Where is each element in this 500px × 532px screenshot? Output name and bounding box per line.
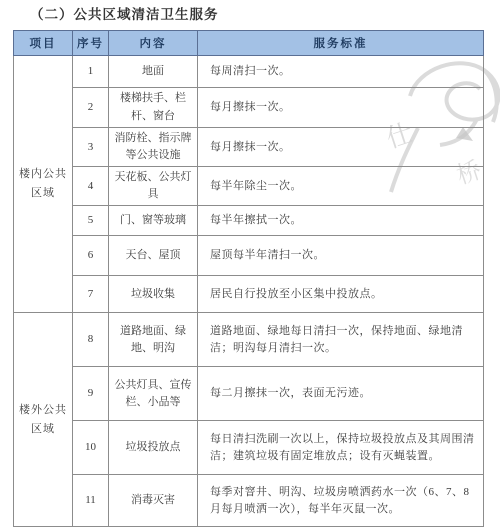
standard-cell: 屋顶每半年清扫一次。 xyxy=(198,236,484,276)
standard-cell: 每半年擦拭一次。 xyxy=(198,206,484,236)
table-row: 9公共灯具、宣传栏、小品等每二月擦抹一次，表面无污迹。 xyxy=(14,367,484,421)
standard-cell: 每日清扫洗刷一次以上，保持垃圾投放点及其周围清洁；建筑垃圾有固定堆放点；设有灭蝇… xyxy=(198,421,484,475)
number-cell: 8 xyxy=(73,313,109,367)
number-cell: 4 xyxy=(73,167,109,206)
number-cell: 5 xyxy=(73,206,109,236)
table-row: 11消毒灭害每季对窨井、明沟、垃圾房喷洒药水一次（6、7、8月每月喷洒一次），每… xyxy=(14,475,484,527)
number-cell: 9 xyxy=(73,367,109,421)
number-cell: 11 xyxy=(73,475,109,527)
number-cell: 2 xyxy=(73,88,109,128)
table-row: 楼内公共区域1地面每周清扫一次。 xyxy=(14,56,484,88)
content-cell: 天花板、公共灯具 xyxy=(109,167,198,206)
table-row: 2楼梯扶手、栏杆、窗台每月擦抹一次。 xyxy=(14,88,484,128)
section-title: （二）公共区域清洁卫生服务 xyxy=(30,3,219,23)
number-cell: 10 xyxy=(73,421,109,475)
table-row: 6天台、屋顶屋顶每半年清扫一次。 xyxy=(14,236,484,276)
standard-cell: 每季对窨井、明沟、垃圾房喷洒药水一次（6、7、8月每月喷洒一次），每半年灭鼠一次… xyxy=(198,475,484,527)
table-row: 楼外公共区域8道路地面、绿地、明沟道路地面、绿地每日清扫一次，保持地面、绿地清洁… xyxy=(14,313,484,367)
col-header-number: 序号 xyxy=(73,31,109,56)
content-cell: 公共灯具、宣传栏、小品等 xyxy=(109,367,198,421)
content-cell: 消防栓、指示牌等公共设施 xyxy=(109,128,198,167)
table-row: 4天花板、公共灯具每半年除尘一次。 xyxy=(14,167,484,206)
table-row: 7垃圾收集居民自行投放至小区集中投放点。 xyxy=(14,276,484,313)
table-row: 5门、窗等玻璃每半年擦拭一次。 xyxy=(14,206,484,236)
standard-cell: 每月擦抹一次。 xyxy=(198,128,484,167)
col-header-standard: 服务标准 xyxy=(198,31,484,56)
content-cell: 垃圾投放点 xyxy=(109,421,198,475)
content-cell: 门、窗等玻璃 xyxy=(109,206,198,236)
table-row: 10垃圾投放点每日清扫洗刷一次以上，保持垃圾投放点及其周围清洁；建筑垃圾有固定堆… xyxy=(14,421,484,475)
standard-cell: 每周清扫一次。 xyxy=(198,56,484,88)
standard-cell: 道路地面、绿地每日清扫一次，保持地面、绿地清洁；明沟每月清扫一次。 xyxy=(198,313,484,367)
content-cell: 天台、屋顶 xyxy=(109,236,198,276)
content-cell: 地面 xyxy=(109,56,198,88)
number-cell: 7 xyxy=(73,276,109,313)
service-standards-table: 项目 序号 内容 服务标准 楼内公共区域1地面每周清扫一次。2楼梯扶手、栏杆、窗… xyxy=(13,30,484,527)
number-cell: 6 xyxy=(73,236,109,276)
table-row: 3消防栓、指示牌等公共设施每月擦抹一次。 xyxy=(14,128,484,167)
standard-cell: 每月擦抹一次。 xyxy=(198,88,484,128)
col-header-content: 内容 xyxy=(109,31,198,56)
table-header-row: 项目 序号 内容 服务标准 xyxy=(14,31,484,56)
document-page: 仕 桥 （二）公共区域清洁卫生服务 项目 序号 内容 服务标准 楼内公共区域1地… xyxy=(0,0,500,532)
number-cell: 1 xyxy=(73,56,109,88)
area-cell: 楼内公共区域 xyxy=(14,56,73,313)
standard-cell: 每二月擦抹一次，表面无污迹。 xyxy=(198,367,484,421)
content-cell: 消毒灭害 xyxy=(109,475,198,527)
col-header-project: 项目 xyxy=(14,31,73,56)
standard-cell: 居民自行投放至小区集中投放点。 xyxy=(198,276,484,313)
content-cell: 垃圾收集 xyxy=(109,276,198,313)
table-body: 楼内公共区域1地面每周清扫一次。2楼梯扶手、栏杆、窗台每月擦抹一次。3消防栓、指… xyxy=(14,56,484,527)
number-cell: 3 xyxy=(73,128,109,167)
area-cell: 楼外公共区域 xyxy=(14,313,73,527)
content-cell: 楼梯扶手、栏杆、窗台 xyxy=(109,88,198,128)
content-cell: 道路地面、绿地、明沟 xyxy=(109,313,198,367)
standard-cell: 每半年除尘一次。 xyxy=(198,167,484,206)
